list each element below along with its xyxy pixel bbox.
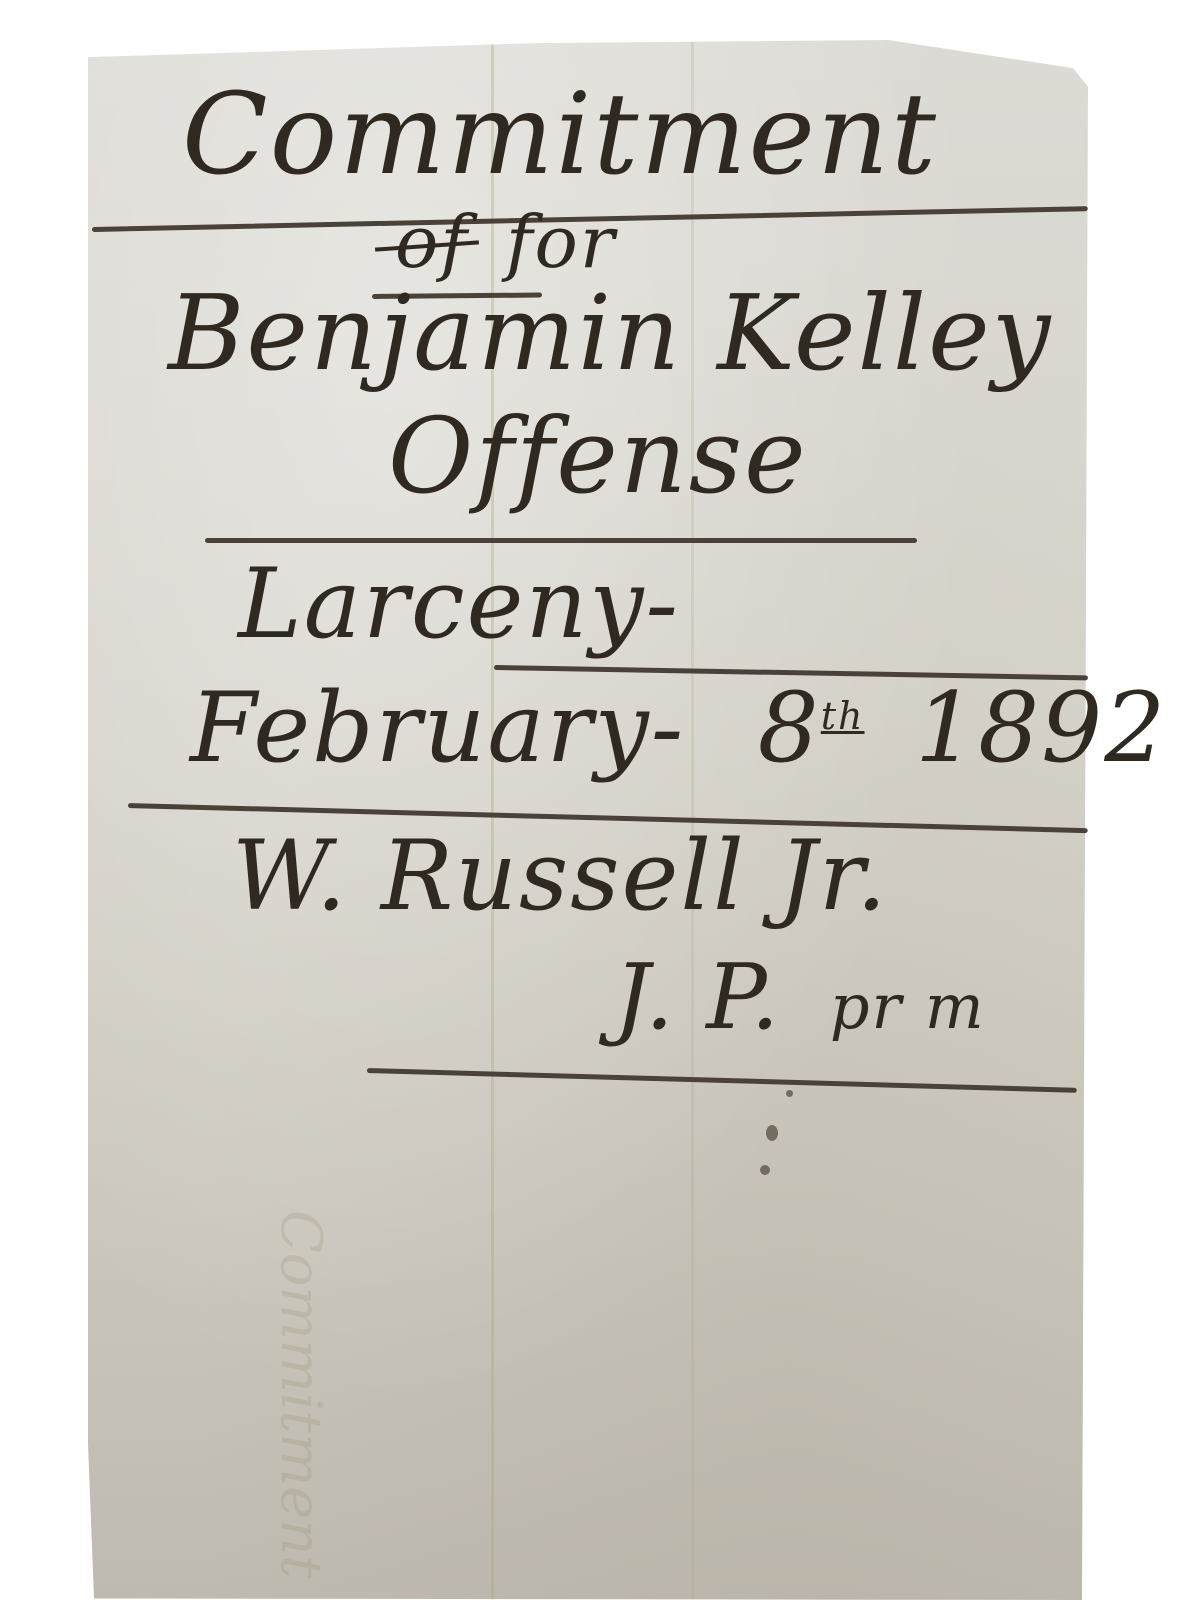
date-year: 1892 [915, 672, 1167, 784]
bleed-through-text: Commitment [268, 1210, 333, 1590]
defendant-name: Benjamin Kelley [168, 272, 1052, 394]
date-line: February- 8th 1892 [190, 672, 1167, 784]
ink-stain [786, 1090, 793, 1097]
ink-stain [766, 1125, 778, 1141]
date-day: 8th [758, 672, 865, 784]
signature-title-line: J. P. pr m [614, 945, 986, 1050]
signature-title: J. P. [614, 945, 781, 1050]
date-month: February- [190, 672, 685, 784]
signature-name: W. Russell Jr. [232, 820, 889, 932]
date-day-suffix: th [821, 694, 865, 738]
offense-value: Larceny- [238, 548, 680, 660]
offense-label: Offense [388, 395, 808, 517]
ink-stain [760, 1165, 770, 1175]
document-title: Commitment [182, 70, 938, 200]
ruled-line [205, 538, 917, 543]
signature-suffix: pr m [830, 970, 986, 1043]
